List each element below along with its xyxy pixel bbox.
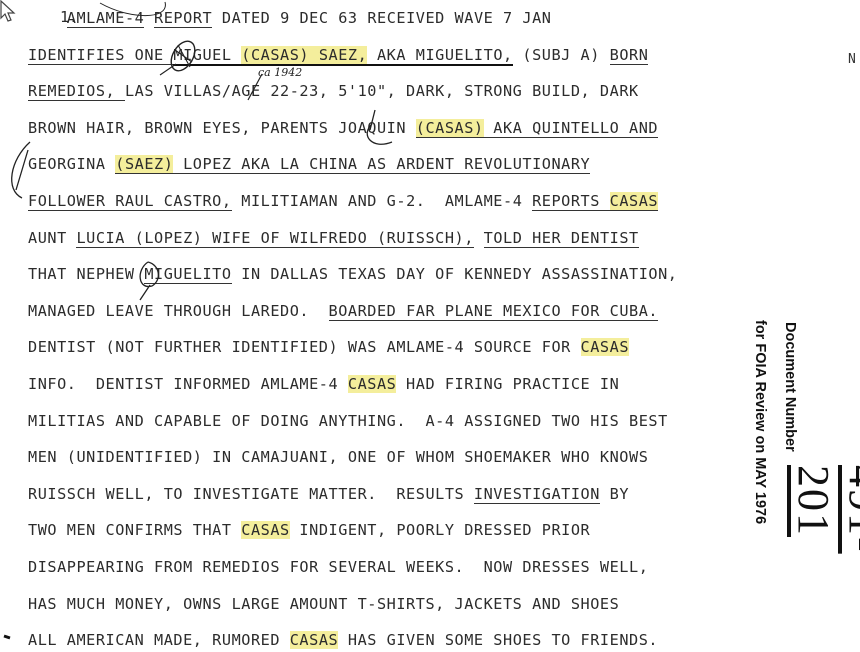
text-segment: MIGUELITO: [144, 265, 231, 284]
highlighted-text: (SAEZ): [115, 155, 173, 174]
text-segment: REPORTS: [532, 192, 610, 211]
text-segment: AMLAME-4: [67, 9, 145, 28]
document-line: AMLAME-4 REPORT DATED 9 DEC 63 RECEIVED …: [28, 8, 552, 28]
text-segment: AKA: [484, 119, 532, 138]
highlighted-text: CASAS: [241, 521, 289, 539]
text-segment: MILITIAMAN AND G-2. AMLAME-4: [232, 192, 533, 210]
document-number: 491-201: [788, 465, 860, 620]
document-line: INFO. DENTIST INFORMED AMLAME-4 CASAS HA…: [28, 374, 619, 394]
text-segment: [144, 9, 154, 27]
text-segment: TOLD HER DENTIST: [484, 229, 639, 248]
text-segment: INDIGENT, POORLY DRESSED PRIOR: [290, 521, 591, 539]
text-segment: BORN: [610, 46, 649, 65]
document-line: HAS MUCH MONEY, OWNS LARGE AMOUNT T-SHIR…: [28, 594, 619, 614]
text-segment: THAT NEPHEW: [28, 265, 144, 283]
text-segment: BOARDED FAR PLANE MEXICO FOR CUBA.: [329, 302, 659, 321]
text-segment: [474, 229, 484, 247]
document-line: MANAGED LEAVE THROUGH LAREDO. BOARDED FA…: [28, 301, 658, 321]
text-segment: BROWN HAIR, BROWN EYES, PARENTS JOAQUIN: [28, 119, 416, 137]
highlighted-text: CASAS: [610, 192, 658, 211]
text-segment: IN DALLAS TEXAS DAY OF KENNEDY ASSASSINA…: [232, 265, 678, 283]
document-line: RUISSCH WELL, TO INVESTIGATE MATTER. RES…: [28, 484, 629, 504]
text-segment: INVESTIGATION: [474, 485, 600, 504]
document-line: DENTIST (NOT FURTHER IDENTIFIED) WAS AML…: [28, 337, 629, 357]
text-segment: [28, 9, 67, 27]
text-segment: HAS MUCH MONEY, OWNS LARGE AMOUNT T-SHIR…: [28, 595, 619, 613]
document-line: ALL AMERICAN MADE, RUMORED CASAS HAS GIV…: [28, 630, 658, 650]
document-line: TWO MEN CONFIRMS THAT CASAS INDIGENT, PO…: [28, 520, 590, 540]
text-segment: AKA MIGUELITO,: [367, 46, 512, 66]
text-segment: LOPEZ AKA LA CHINA AS ARDENT REVOLUTIONA…: [173, 155, 590, 174]
handwritten-annotation: ca 1942: [258, 66, 302, 79]
text-segment: HAD FIRING PRACTICE IN: [396, 375, 619, 393]
document-line: REMEDIOS, LAS VILLAS/AGE 22-23, 5'10", D…: [28, 81, 639, 101]
text-segment: REMEDIOS,: [28, 82, 125, 101]
text-segment: (SUBJ A): [513, 46, 610, 64]
document-line: FOLLOWER RAUL CASTRO, MILITIAMAN AND G-2…: [28, 191, 658, 211]
foia-review-stamp: Document Number for FOIA Review on MAY 1…: [748, 320, 848, 620]
text-segment: GEORGINA: [28, 155, 115, 173]
text-segment: HAS GIVEN SOME SHOES TO FRIENDS.: [338, 631, 658, 649]
text-segment: LAS VILLAS/AGE 22-23, 5'10", DARK, STRON…: [125, 82, 639, 100]
highlighted-text: CASAS: [581, 338, 629, 356]
text-segment: MEN (UNIDENTIFIED) IN CAMAJUANI, ONE OF …: [28, 448, 648, 466]
text-segment: MILITIAS AND CAPABLE OF DOING ANYTHING. …: [28, 412, 668, 430]
text-segment: BY: [600, 485, 629, 503]
highlighted-text: (CASAS): [416, 119, 484, 138]
text-segment: DISAPPEARING FROM REMEDIOS FOR SEVERAL W…: [28, 558, 648, 576]
stamp-document-number-label: Document Number: [782, 322, 798, 452]
document-line: MEN (UNIDENTIFIED) IN CAMAJUANI, ONE OF …: [28, 447, 648, 467]
text-segment: QUINTELLO AND: [532, 119, 658, 138]
text-segment: AUNT: [28, 229, 76, 247]
text-segment: DATED 9 DEC 63 RECEIVED WAVE 7 JAN: [212, 9, 551, 27]
text-segment: ALL AMERICAN MADE, RUMORED: [28, 631, 290, 649]
stamp-review-date: for FOIA Review on MAY 1976: [752, 320, 768, 524]
document-line: IDENTIFIES ONE MIGUEL (CASAS) SAEZ, AKA …: [28, 45, 648, 65]
text-segment: MIGUEL: [173, 46, 241, 66]
text-segment: RUISSCH WELL, TO INVESTIGATE MATTER. RES…: [28, 485, 474, 503]
text-segment: INFO. DENTIST INFORMED AMLAME-4: [28, 375, 348, 393]
document-line: GEORGINA (SAEZ) LOPEZ AKA LA CHINA AS AR…: [28, 154, 590, 174]
margin-mark: N: [848, 52, 856, 67]
text-segment: FOLLOWER RAUL CASTRO,: [28, 192, 232, 211]
document-line: AUNT LUCIA (LOPEZ) WIFE OF WILFREDO (RUI…: [28, 228, 639, 248]
document-line: BROWN HAIR, BROWN EYES, PARENTS JOAQUIN …: [28, 118, 658, 138]
text-segment: DENTIST (NOT FURTHER IDENTIFIED) WAS AML…: [28, 338, 581, 356]
text-segment: REPORT: [154, 9, 212, 28]
document-line: THAT NEPHEW MIGUELITO IN DALLAS TEXAS DA…: [28, 264, 678, 284]
document-page: 1. AMLAME-4 REPORT DATED 9 DEC 63 RECEIV…: [0, 0, 860, 652]
text-segment: MANAGED LEAVE THROUGH LAREDO.: [28, 302, 329, 320]
document-line: DISAPPEARING FROM REMEDIOS FOR SEVERAL W…: [28, 557, 648, 577]
text-segment: LUCIA (LOPEZ) WIFE OF WILFREDO (RUISSCH)…: [76, 229, 473, 248]
highlighted-text: CASAS: [290, 631, 338, 649]
text-segment: TWO MEN CONFIRMS THAT: [28, 521, 241, 539]
highlighted-text: CASAS: [348, 375, 396, 393]
highlighted-text: (CASAS) SAEZ,: [241, 46, 367, 66]
mouse-cursor-icon: [0, 0, 18, 24]
text-segment: IDENTIFIES ONE: [28, 46, 173, 65]
document-line: MILITIAS AND CAPABLE OF DOING ANYTHING. …: [28, 411, 668, 431]
